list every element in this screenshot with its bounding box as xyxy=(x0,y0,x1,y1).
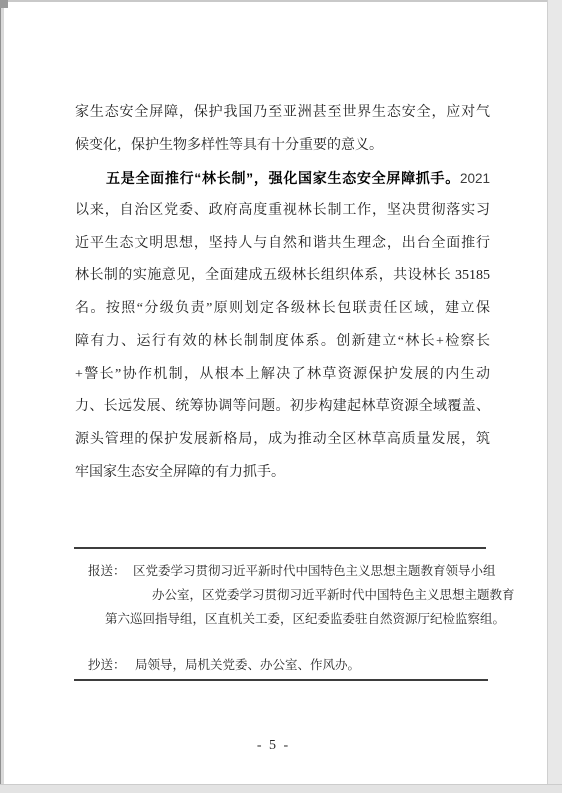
body-line: 家生态安全屏障，保护我国乃至亚洲甚至世界生态安全，应对气 xyxy=(75,97,490,130)
body-line: 以来，自治区党委、政府高度重视林长制工作，坚决贯彻落实习 xyxy=(75,195,490,228)
body-line: 候变化，保护生物多样性等具有十分重要的意义。 xyxy=(75,130,490,163)
page-edge-top xyxy=(0,0,562,2)
body-text: 家生态安全屏障，保护我国乃至亚洲甚至世界生态安全，应对气 候变化，保护生物多样性… xyxy=(75,97,490,489)
paragraph-heading-year: 2021 xyxy=(460,171,490,186)
body-line: 近平生态文明思想，坚持人与自然和谐共生理念，出台全面推行 xyxy=(75,228,490,261)
viewer-background-right xyxy=(547,0,562,793)
body-line: +警长”协作机制，从根本上解决了林草资源保护发展的内生动 xyxy=(75,359,490,392)
body-line: 力、长远发展、统筹协调等问题。初步构建起林草资源全域覆盖、 xyxy=(75,391,490,424)
report-to-label: 报送： xyxy=(88,563,126,579)
page-edge-left xyxy=(0,0,4,793)
report-to-line: 办公室，区党委学习贯彻习近平新时代中国特色主义思想主题教育 xyxy=(152,587,515,603)
body-line: 障有力、运行有效的林长制制度体系。创新建立“林长+检察长 xyxy=(75,326,490,359)
copy-to-label: 抄送： xyxy=(88,657,126,673)
page-number: - 5 - xyxy=(0,738,547,754)
viewer-background-bottom xyxy=(0,784,562,793)
body-line-heading: 五是全面推行“林长制”，强化国家生态安全屏障抓手。2021 xyxy=(75,162,490,195)
copy-to-line: 局领导，局机关党委、办公室、作风办。 xyxy=(135,657,360,673)
body-line: 源头管理的保护发展新格局，成为推动全区林草高质量发展，筑 xyxy=(75,424,490,457)
report-to-line: 第六巡回指导组，区直机关工委，区纪委监委驻自然资源厅纪检监察组。 xyxy=(105,611,505,627)
page-corner-notch xyxy=(0,0,8,8)
body-line: 林长制的实施意见，全面建成五级林长组织体系，共设林长 35185 xyxy=(75,260,490,293)
document-viewer: 家生态安全屏障，保护我国乃至亚洲甚至世界生态安全，应对气 候变化，保护生物多样性… xyxy=(0,0,562,793)
notes-divider-top xyxy=(74,547,486,549)
paragraph-heading-bold: 五是全面推行“林长制”，强化国家生态安全屏障抓手。 xyxy=(106,170,460,186)
body-line: 名。按照“分级负责”原则划定各级林长包联责任区域，建立保 xyxy=(75,293,490,326)
body-line: 牢国家生态安全屏障的有力抓手。 xyxy=(75,457,490,490)
notes-divider-bottom xyxy=(74,679,488,681)
report-to-line: 区党委学习贯彻习近平新时代中国特色主义思想主题教育领导小组 xyxy=(133,563,496,579)
